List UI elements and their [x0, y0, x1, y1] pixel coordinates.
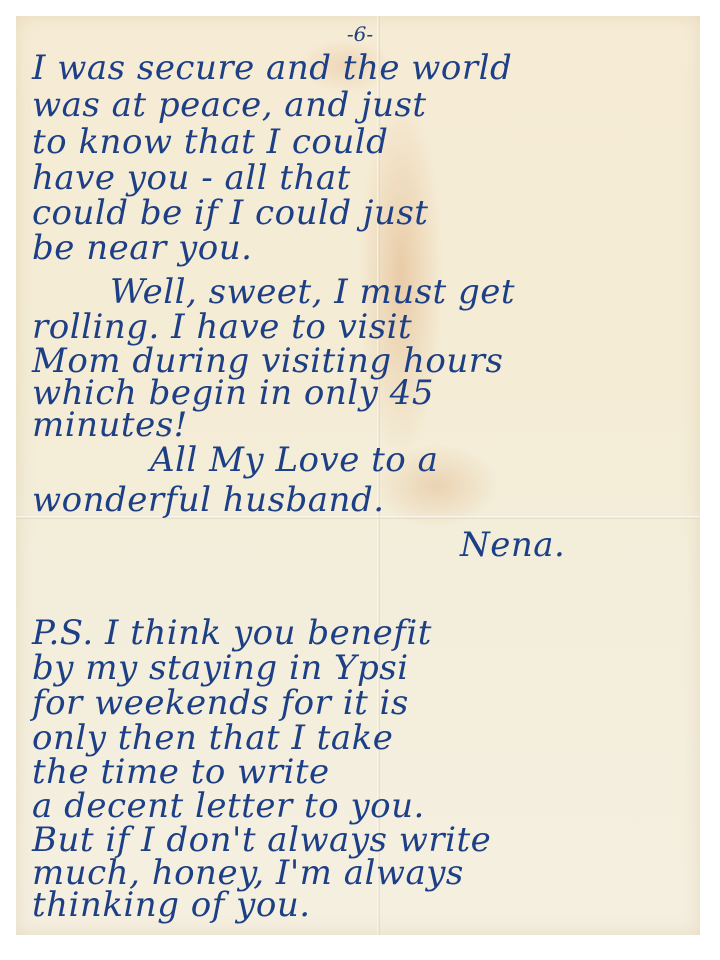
body-line: to know that I could [32, 122, 388, 162]
paragraph-line: minutes! [32, 405, 188, 445]
postscript-line: P.S. I think you benefit [32, 613, 432, 653]
page-number: -6- [0, 22, 720, 46]
body-line: could be if I could just [32, 193, 428, 233]
body-line: I was secure and the world [32, 48, 512, 88]
body-line: have you - all that [32, 158, 351, 198]
postscript-line: by my staying in Ypsi [32, 648, 409, 688]
paragraph-line: Well, sweet, I must get [110, 272, 515, 312]
closing-line: All My Love to a [150, 440, 438, 480]
postscript-line: for weekends for it is [32, 683, 409, 723]
body-line: be near you. [32, 228, 252, 268]
postscript-line: thinking of you. [32, 885, 311, 925]
signature: Nena. [460, 525, 565, 565]
body-line: was at peace, and just [32, 85, 427, 125]
closing-line: wonderful husband. [32, 480, 385, 520]
